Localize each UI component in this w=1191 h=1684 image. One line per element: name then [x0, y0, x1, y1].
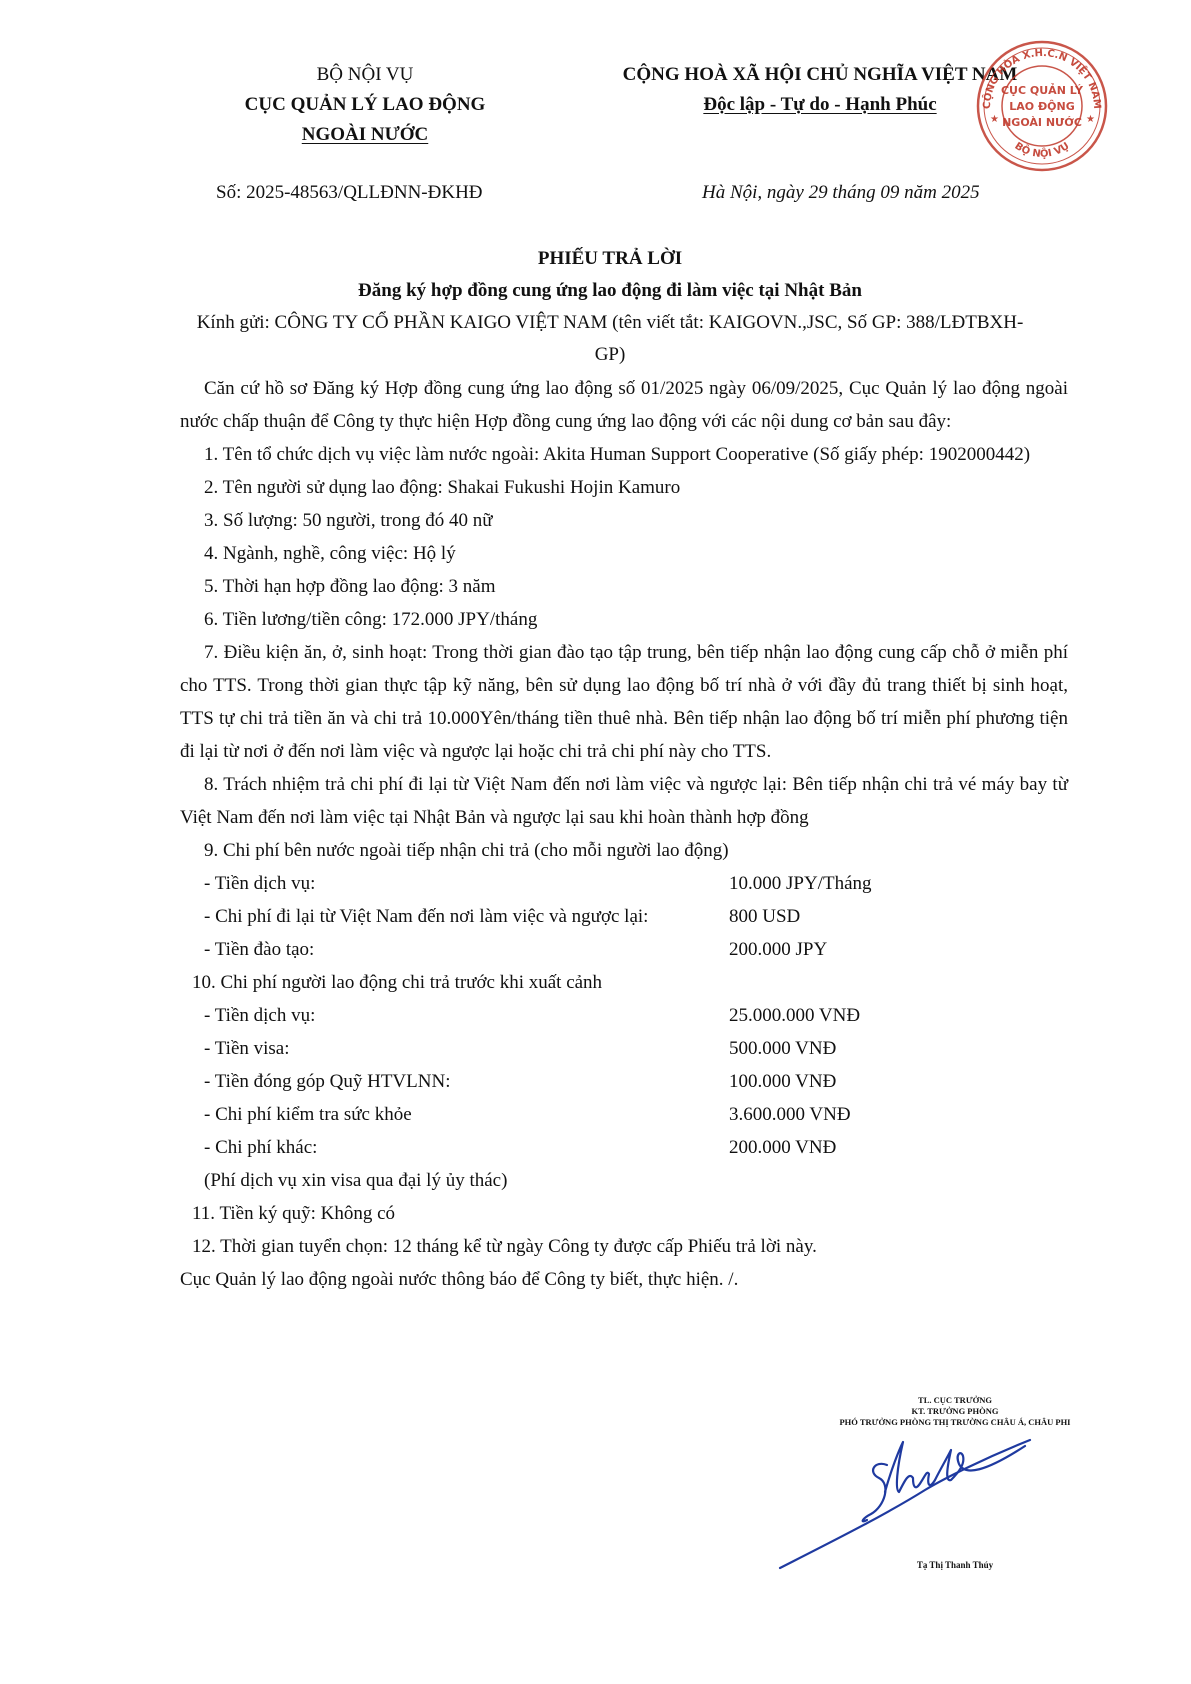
cost-row: - Chi phí kiểm tra sức khỏe3.600.000 VNĐ	[180, 1098, 1068, 1131]
list-item: 7. Điều kiện ăn, ở, sinh hoạt: Trong thờ…	[180, 636, 1068, 768]
list-item: 3. Số lượng: 50 người, trong đó 40 nữ	[180, 504, 1068, 537]
cost-label: - Tiền đào tạo:	[180, 933, 729, 966]
svg-text:NGOÀI NƯỚC: NGOÀI NƯỚC	[1002, 116, 1082, 129]
closing-line: Cục Quản lý lao động ngoài nước thông bá…	[180, 1263, 1068, 1296]
document-subtitle: Đăng ký hợp đồng cung ứng lao động đi là…	[180, 275, 1040, 307]
item-11: 11. Tiền ký quỹ: Không có	[180, 1197, 1068, 1230]
svg-text:LAO ĐỘNG: LAO ĐỘNG	[1009, 100, 1075, 113]
department-name-line2: NGOÀI NƯỚC	[190, 120, 540, 150]
list-item: 5. Thời hạn hợp đồng lao động: 3 năm	[180, 570, 1068, 603]
cost-value: 800 USD	[729, 900, 1068, 933]
cost-value: 200.000 VNĐ	[729, 1131, 1068, 1164]
cost-row: - Chi phí khác:200.000 VNĐ	[180, 1131, 1068, 1164]
list-item: 4. Ngành, nghề, công việc: Hộ lý	[180, 537, 1068, 570]
section-10-note: (Phí dịch vụ xin visa qua đại lý ủy thác…	[180, 1164, 1068, 1197]
list-item: 6. Tiền lương/tiền công: 172.000 JPY/thá…	[180, 603, 1068, 636]
section-9-costs: - Tiền dịch vụ:10.000 JPY/Tháng - Chi ph…	[180, 867, 1068, 966]
signer-name: Tạ Thị Thanh Thúy	[820, 1560, 1090, 1570]
list-item: 2. Tên người sử dụng lao động: Shakai Fu…	[180, 471, 1068, 504]
handwritten-signature-icon	[775, 1420, 1035, 1570]
cost-row: - Tiền đào tạo:200.000 JPY	[180, 933, 1068, 966]
cost-label: - Chi phí khác:	[180, 1131, 729, 1164]
section-10-heading: 10. Chi phí người lao động chi trả trước…	[180, 966, 1068, 999]
cost-label: - Chi phí kiểm tra sức khỏe	[180, 1098, 729, 1131]
cost-value: 200.000 JPY	[729, 933, 1068, 966]
cost-value: 500.000 VNĐ	[729, 1032, 1068, 1065]
svg-text:CỤC QUẢN LÝ: CỤC QUẢN LÝ	[1001, 83, 1084, 97]
cost-row: - Chi phí đi lại từ Việt Nam đến nơi làm…	[180, 900, 1068, 933]
document-number: Số: 2025-48563/QLLĐNN-ĐKHĐ	[216, 182, 483, 204]
cost-row: - Tiền đóng góp Quỹ HTVLNN:100.000 VNĐ	[180, 1065, 1068, 1098]
signature-line-2: KT. TRƯỞNG PHÒNG	[820, 1406, 1090, 1417]
issuing-agency-header: BỘ NỘI VỤ CỤC QUẢN LÝ LAO ĐỘNG NGOÀI NƯỚ…	[190, 60, 540, 150]
cost-label: - Tiền dịch vụ:	[180, 867, 729, 900]
ministry-name: BỘ NỘI VỤ	[190, 60, 540, 90]
cost-value: 100.000 VNĐ	[729, 1065, 1068, 1098]
recipient-line: Kính gửi: CÔNG TY CỔ PHẦN KAIGO VIỆT NAM…	[180, 307, 1040, 371]
list-item: 1. Tên tổ chức dịch vụ việc làm nước ngo…	[180, 438, 1068, 471]
section-9-heading: 9. Chi phí bên nước ngoài tiếp nhận chi …	[180, 834, 1068, 867]
department-name-line1: CỤC QUẢN LÝ LAO ĐỘNG	[190, 90, 540, 120]
cost-value: 25.000.000 VNĐ	[729, 999, 1068, 1032]
title-block: PHIẾU TRẢ LỜI Đăng ký hợp đồng cung ứng …	[180, 243, 1040, 371]
intro-paragraph: Căn cứ hồ sơ Đăng ký Hợp đồng cung ứng l…	[180, 372, 1068, 438]
document-body: Căn cứ hồ sơ Đăng ký Hợp đồng cung ứng l…	[180, 372, 1068, 1296]
cost-label: - Tiền đóng góp Quỹ HTVLNN:	[180, 1065, 729, 1098]
cost-row: - Tiền visa:500.000 VNĐ	[180, 1032, 1068, 1065]
svg-text:★: ★	[990, 114, 999, 125]
section-10-costs: - Tiền dịch vụ:25.000.000 VNĐ - Tiền vis…	[180, 999, 1068, 1164]
cost-value: 10.000 JPY/Tháng	[729, 867, 1068, 900]
cost-row: - Tiền dịch vụ:25.000.000 VNĐ	[180, 999, 1068, 1032]
item-12: 12. Thời gian tuyển chọn: 12 tháng kể từ…	[180, 1230, 1068, 1263]
signature-line-1: TL. CỤC TRƯỞNG	[820, 1395, 1090, 1406]
list-item: 8. Trách nhiệm trả chi phí đi lại từ Việ…	[180, 768, 1068, 834]
cost-row: - Tiền dịch vụ:10.000 JPY/Tháng	[180, 867, 1068, 900]
official-stamp-icon: CỘNG HÒA X.H.C.N VIỆT NAM BỘ NỘI VỤ CỤC …	[960, 36, 1120, 176]
cost-label: - Tiền dịch vụ:	[180, 999, 729, 1032]
cost-label: - Tiền visa:	[180, 1032, 729, 1065]
svg-text:BỘ NỘI VỤ: BỘ NỘI VỤ	[1013, 141, 1072, 160]
document-title: PHIẾU TRẢ LỜI	[180, 243, 1040, 275]
cost-value: 3.600.000 VNĐ	[729, 1098, 1068, 1131]
cost-label: - Chi phí đi lại từ Việt Nam đến nơi làm…	[180, 900, 729, 933]
svg-text:★: ★	[1086, 114, 1095, 125]
document-date: Hà Nội, ngày 29 tháng 09 năm 2025	[702, 182, 980, 204]
